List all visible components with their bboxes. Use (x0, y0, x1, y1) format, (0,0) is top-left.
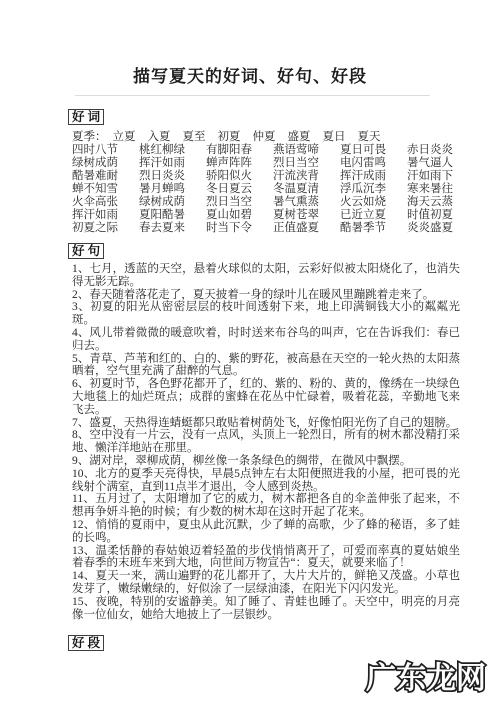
word-list: 夏季：立夏入夏夏至初夏仲夏盛夏夏日夏天四时八节桃红柳绿有脚阳春燕语莺啼夏日可畏赤… (72, 131, 460, 235)
sentence-item: 7、盛夏，天热得连蜻蜓都只敢贴着树荫处飞，好像怕阳光伤了自己的翅膀。 (72, 417, 460, 430)
word-item: 赤日炎炎 (407, 144, 453, 157)
word-item: 烈日当空 (273, 157, 319, 170)
word-item: 电闪雷鸣 (340, 157, 386, 170)
sentence-item: 9、湖对岸，翠柳成荫，柳丝像一条条绿色的绸带，在微风中飘摆。 (72, 455, 460, 468)
word-item: 桃红柳绿 (139, 144, 185, 157)
word-item: 挥汗如雨 (139, 157, 185, 170)
word-item: 汗如雨下 (407, 170, 453, 183)
word-item: 汗流浃背 (273, 170, 319, 183)
sentence-item: 2、春天随着落花走了，夏天披着一身的绿叶儿在暖风里蹦跳着走来了。 (72, 289, 460, 302)
word-item: 绿树成荫 (72, 157, 118, 170)
sentence-item: 3、初夏的阳光从密密层层的枝叶间透射下来，地上印满铜钱大小的粼粼光斑。 (72, 301, 460, 327)
word-item: 海天云蒸 (407, 196, 453, 209)
word-item: 烈日当空 (206, 196, 252, 209)
site-watermark: 广东龙网 (360, 650, 500, 705)
word-item: 春去夏来 (139, 222, 185, 235)
section-good-paragraphs: 好 段 (72, 621, 460, 652)
word-row: 挥汗如雨夏阳酷暑夏山如碧夏树苍翠已近立夏时值初夏 (72, 209, 460, 222)
sentence-item: 4、风儿带着微微的暖意吹着，时时送来布谷鸟的叫声，它在告诉我们：春已归去。 (72, 327, 460, 353)
sentence-item: 11、五月过了，太阳增加了它的威力，树木都把各自的伞盖伸张了起来，不想再争妍斗艳… (72, 493, 460, 519)
word-item: 寒来暑往 (407, 183, 453, 196)
word-item: 暑气熏蒸 (273, 196, 319, 209)
sentence-item: 5、青草、芦苇和红的、白的、紫的野花，被高悬在天空的一轮火热的太阳蒸晒着，空气里… (72, 353, 460, 379)
word-item: 初夏 (218, 131, 241, 144)
page-title: 描写夏天的好词、好句、好段 (0, 0, 500, 87)
word-item: 时当下令 (206, 222, 252, 235)
word-item: 初夏之际 (72, 222, 118, 235)
sentence-item: 10、北方的夏季天亮得快，早晨5点钟左右太阳便照进我的小屋，把可畏的光线射个满室… (72, 468, 460, 494)
section-good-paragraphs-label: 好 段 (68, 635, 104, 651)
word-item: 骄阳似火 (206, 170, 252, 183)
sentence-item: 6、初夏时节，各色野花都开了，红的、紫的、粉的、黄的，像绣在一块绿色大地毯上的灿… (72, 378, 460, 416)
word-item: 时值初夏 (407, 209, 453, 222)
sentence-item: 13、温柔恬静的春姑娘迈着轻盈的步伐悄悄离开了，可爱而率真的夏姑娘坐着春季的末班… (72, 545, 460, 571)
word-category-label: 夏季： (72, 131, 107, 144)
word-item: 入夏 (148, 131, 171, 144)
word-item: 夏至 (183, 131, 206, 144)
word-item: 盛夏 (288, 131, 311, 144)
word-item: 酷暑季节 (340, 222, 386, 235)
word-item: 冬温夏清 (273, 183, 319, 196)
word-row: 酷暑难耐烈日炎炎骄阳似火汗流浃背挥汗成雨汗如雨下 (72, 170, 460, 183)
sentence-item: 14、夏天一来，满山遍野的花儿都开了，大片大片的，鲜艳又茂盛。小草也发芽了，嫩绿… (72, 570, 460, 596)
word-item: 浮瓜沉李 (340, 183, 386, 196)
sentence-item: 8、空中没有一片云，没有一点风，头顶上一轮烈日，所有的树木都没精打采地、懒洋洋地… (72, 429, 460, 455)
section-good-sentences-label: 好 句 (68, 243, 104, 259)
word-item: 炎炎盛夏 (407, 222, 453, 235)
sentence-item: 15、夜晚，特别的安谧静美。知了睡了、青蛙也睡了。天空中，明亮的月亮像一位仙女，… (72, 596, 460, 622)
word-item: 四时八节 (72, 144, 118, 157)
word-row: 四时八节桃红柳绿有脚阳春燕语莺啼夏日可畏赤日炎炎 (72, 144, 460, 157)
word-item: 绿树成荫 (139, 196, 185, 209)
word-item: 夏山如碧 (206, 209, 252, 222)
word-item: 夏阳酷暑 (139, 209, 185, 222)
sentence-item: 1、七月，透蓝的天空，悬着火球似的太阳，云彩好似被太阳烧化了，也消失得无影无踪。 (72, 263, 460, 289)
section-good-words: 好 词 夏季：立夏入夏夏至初夏仲夏盛夏夏日夏天四时八节桃红柳绿有脚阳春燕语莺啼夏… (72, 96, 460, 235)
word-row: 初夏之际春去夏来时当下令正值盛夏酷暑季节炎炎盛夏 (72, 222, 460, 235)
word-item: 蝉不知雪 (72, 183, 118, 196)
word-item: 烈日炎炎 (139, 170, 185, 183)
word-item: 有脚阳春 (206, 144, 252, 157)
word-item: 夏树苍翠 (273, 209, 319, 222)
word-item: 挥汗成雨 (340, 170, 386, 183)
word-item: 火伞高张 (72, 196, 118, 209)
word-item: 夏天 (358, 131, 381, 144)
word-item: 已近立夏 (340, 209, 386, 222)
page-content: 好 词 夏季：立夏入夏夏至初夏仲夏盛夏夏日夏天四时八节桃红柳绿有脚阳春燕语莺啼夏… (0, 96, 500, 652)
word-item: 挥汗如雨 (72, 209, 118, 222)
word-item: 暑月蝉鸣 (139, 183, 185, 196)
word-item: 夏日可畏 (340, 144, 386, 157)
sentence-item: 12、悄悄的夏雨中，夏虫从此沉默，少了蝉的高歌，少了蜂的秘语，多了蛙的长鸣。 (72, 519, 460, 545)
word-item: 暑气逼人 (407, 157, 453, 170)
word-row: 蝉不知雪暑月蝉鸣冬日夏云冬温夏清浮瓜沉李寒来暑往 (72, 183, 460, 196)
section-good-sentences: 好 句 1、七月，透蓝的天空，悬着火球似的太阳，云彩好似被太阳烧化了，也消失得无… (72, 235, 460, 621)
word-item: 夏日 (323, 131, 346, 144)
word-row: 火伞高张绿树成荫烈日当空暑气熏蒸火云如烧海天云蒸 (72, 196, 460, 209)
site-watermark-text: 广东龙网 (366, 662, 486, 695)
word-item: 立夏 (113, 131, 136, 144)
word-item: 燕语莺啼 (273, 144, 319, 157)
sentence-list: 1、七月，透蓝的天空，悬着火球似的太阳，云彩好似被太阳烧化了，也消失得无影无踪。… (72, 263, 460, 621)
document-page: 描写夏天的好词、好句、好段 好 词 夏季：立夏入夏夏至初夏仲夏盛夏夏日夏天四时八… (0, 0, 500, 707)
word-item: 蝉声阵阵 (206, 157, 252, 170)
word-row: 绿树成荫挥汗如雨蝉声阵阵烈日当空电闪雷鸣暑气逼人 (72, 157, 460, 170)
word-item: 正值盛夏 (273, 222, 319, 235)
word-item: 酷暑难耐 (72, 170, 118, 183)
section-good-words-label: 好 词 (68, 109, 104, 125)
word-item: 火云如烧 (340, 196, 386, 209)
word-row: 夏季：立夏入夏夏至初夏仲夏盛夏夏日夏天 (72, 131, 460, 144)
word-item: 冬日夏云 (206, 183, 252, 196)
word-item: 仲夏 (253, 131, 276, 144)
